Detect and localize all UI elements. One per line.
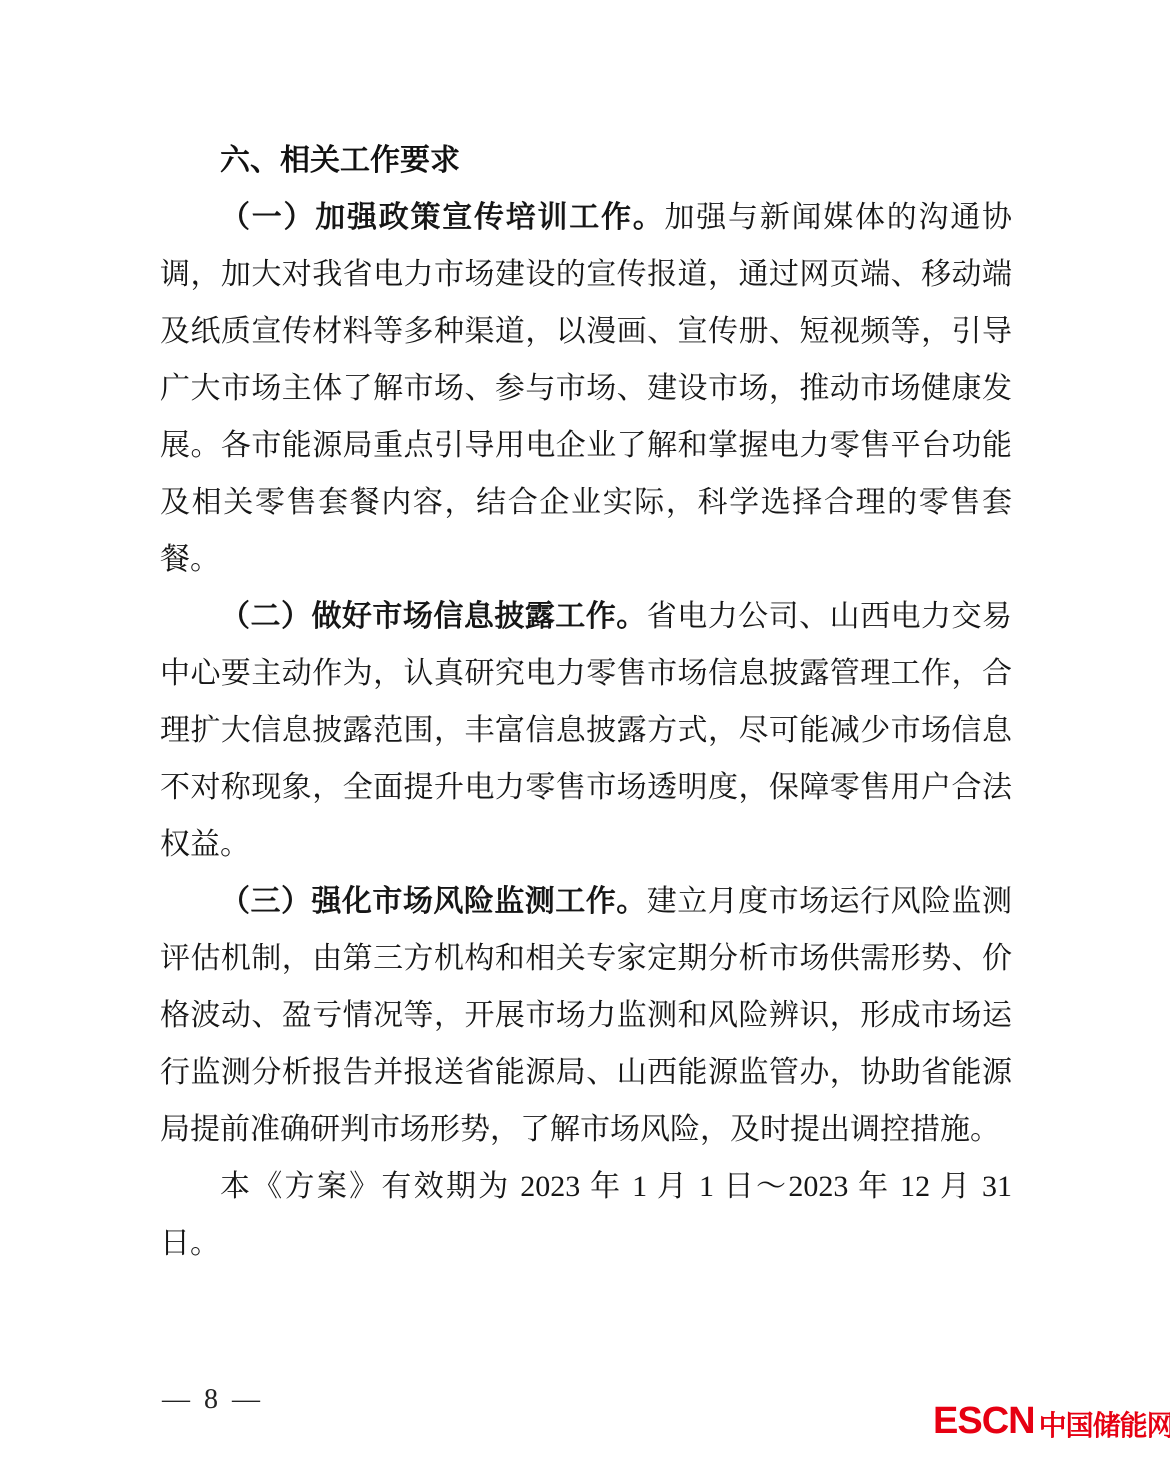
paragraph-3: （三）强化市场风险监测工作。建立月度市场运行风险监测评估机制，由第三方机构和相关… (160, 873, 1012, 1158)
escn-logo-chinese: 中国储能网 (1039, 1411, 1170, 1440)
paragraph-1: （一）加强政策宣传培训工作。加强与新闻媒体的沟通协调，加大对我省电力市场建设的宣… (160, 189, 1012, 588)
paragraph-1-lead: （一）加强政策宣传培训工作。 (220, 201, 665, 234)
section-heading: 六、相关工作要求 (160, 132, 1012, 189)
paragraph-3-text: 建立月度市场运行风险监测评估机制，由第三方机构和相关专家定期分析市场供需形势、价… (160, 885, 1012, 1146)
page-number-value: 8 (204, 1384, 218, 1416)
paragraph-2: （二）做好市场信息披露工作。省电力公司、山西电力交易中心要主动作为，认真研究电力… (160, 588, 1012, 873)
document-body: 六、相关工作要求 （一）加强政策宣传培训工作。加强与新闻媒体的沟通协调，加大对我… (160, 132, 1012, 1272)
paragraph-1-text: 加强与新闻媒体的沟通协调，加大对我省电力市场建设的宣传报道，通过网页端、移动端及… (160, 201, 1012, 576)
paragraph-3-lead: （三）强化市场风险监测工作。 (220, 885, 647, 918)
document-page: 六、相关工作要求 （一）加强政策宣传培训工作。加强与新闻媒体的沟通协调，加大对我… (0, 0, 1170, 1465)
paragraph-4: 本《方案》有效期为 2023 年 1 月 1 日～2023 年 12 月 31 … (160, 1158, 1012, 1272)
page-number-dash-right: — (232, 1384, 260, 1416)
page-number-dash-left: — (162, 1384, 190, 1416)
paragraph-4-text: 本《方案》有效期为 2023 年 1 月 1 日～2023 年 12 月 31 … (160, 1170, 1012, 1260)
paragraph-2-text: 省电力公司、山西电力交易中心要主动作为，认真研究电力零售市场信息披露管理工作，合… (160, 600, 1012, 861)
escn-logo-latin: ESCN (933, 1402, 1035, 1440)
paragraph-2-lead: （二）做好市场信息披露工作。 (220, 600, 647, 633)
page-number: — 8 — (162, 1384, 260, 1416)
escn-watermark-logo: ESCN 中国储能网 (933, 1402, 1170, 1440)
